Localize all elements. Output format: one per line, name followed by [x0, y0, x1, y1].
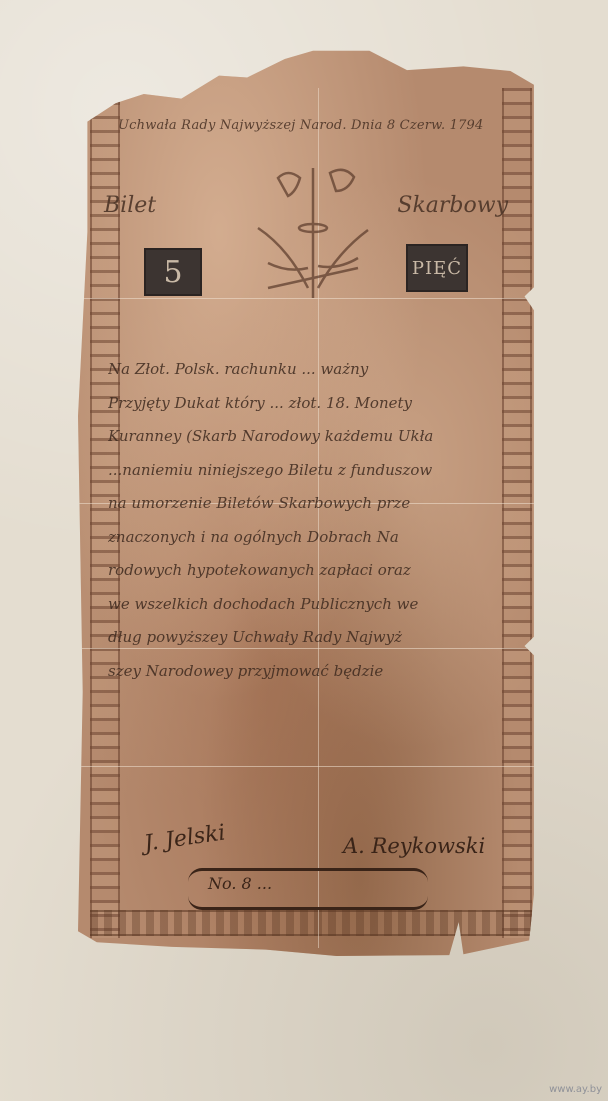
body-line: dług powyższey Uchwały Rady Najwyż: [108, 621, 518, 655]
body-line: we wszelkich dochodach Publicznych we: [108, 588, 518, 622]
body-line: na umorzenie Biletów Skarbowych prze: [108, 487, 518, 521]
title-skarbowy: Skarbowy: [397, 193, 508, 218]
body-line: rodowych hypotekowanych zapłaci oraz: [108, 554, 518, 588]
header-line: Uchwała Rady Najwyższej Narod. Dnia 8 Cz…: [118, 118, 484, 133]
watermark: www.ay.by: [549, 1084, 602, 1095]
signature-left: J. Jelski: [143, 820, 227, 856]
body-text: Na Złot. Polsk. rachunku ... ważny Przyj…: [108, 353, 518, 688]
ornamental-border-bottom: [90, 910, 532, 936]
signature-right: A. Reykowski: [343, 834, 485, 858]
title-bilet: Bilet: [104, 193, 156, 218]
denomination-numeral-box: 5: [144, 248, 202, 296]
eagle-emblem-icon: [238, 158, 388, 308]
body-line: Przyjęty Dukat który ... złot. 18. Monet…: [108, 387, 518, 421]
banknote: Uchwała Rady Najwyższej Narod. Dnia 8 Cz…: [78, 48, 548, 968]
body-line: szey Narodowey przyjmować będzie: [108, 655, 518, 689]
body-line: Na Złot. Polsk. rachunku ... ważny: [108, 353, 518, 387]
fold-line: [78, 766, 548, 767]
denomination-word-box: PIĘĆ: [406, 244, 468, 292]
body-line: znaczonych i na ogólnych Dobrach Na: [108, 521, 518, 555]
body-line: Kuranney (Skarb Narodowy każdemu Ukła: [108, 420, 518, 454]
body-line: ...naniemiu niniejszego Biletu z fundusz…: [108, 454, 518, 488]
serial-number: No. 8 ...: [208, 874, 272, 893]
